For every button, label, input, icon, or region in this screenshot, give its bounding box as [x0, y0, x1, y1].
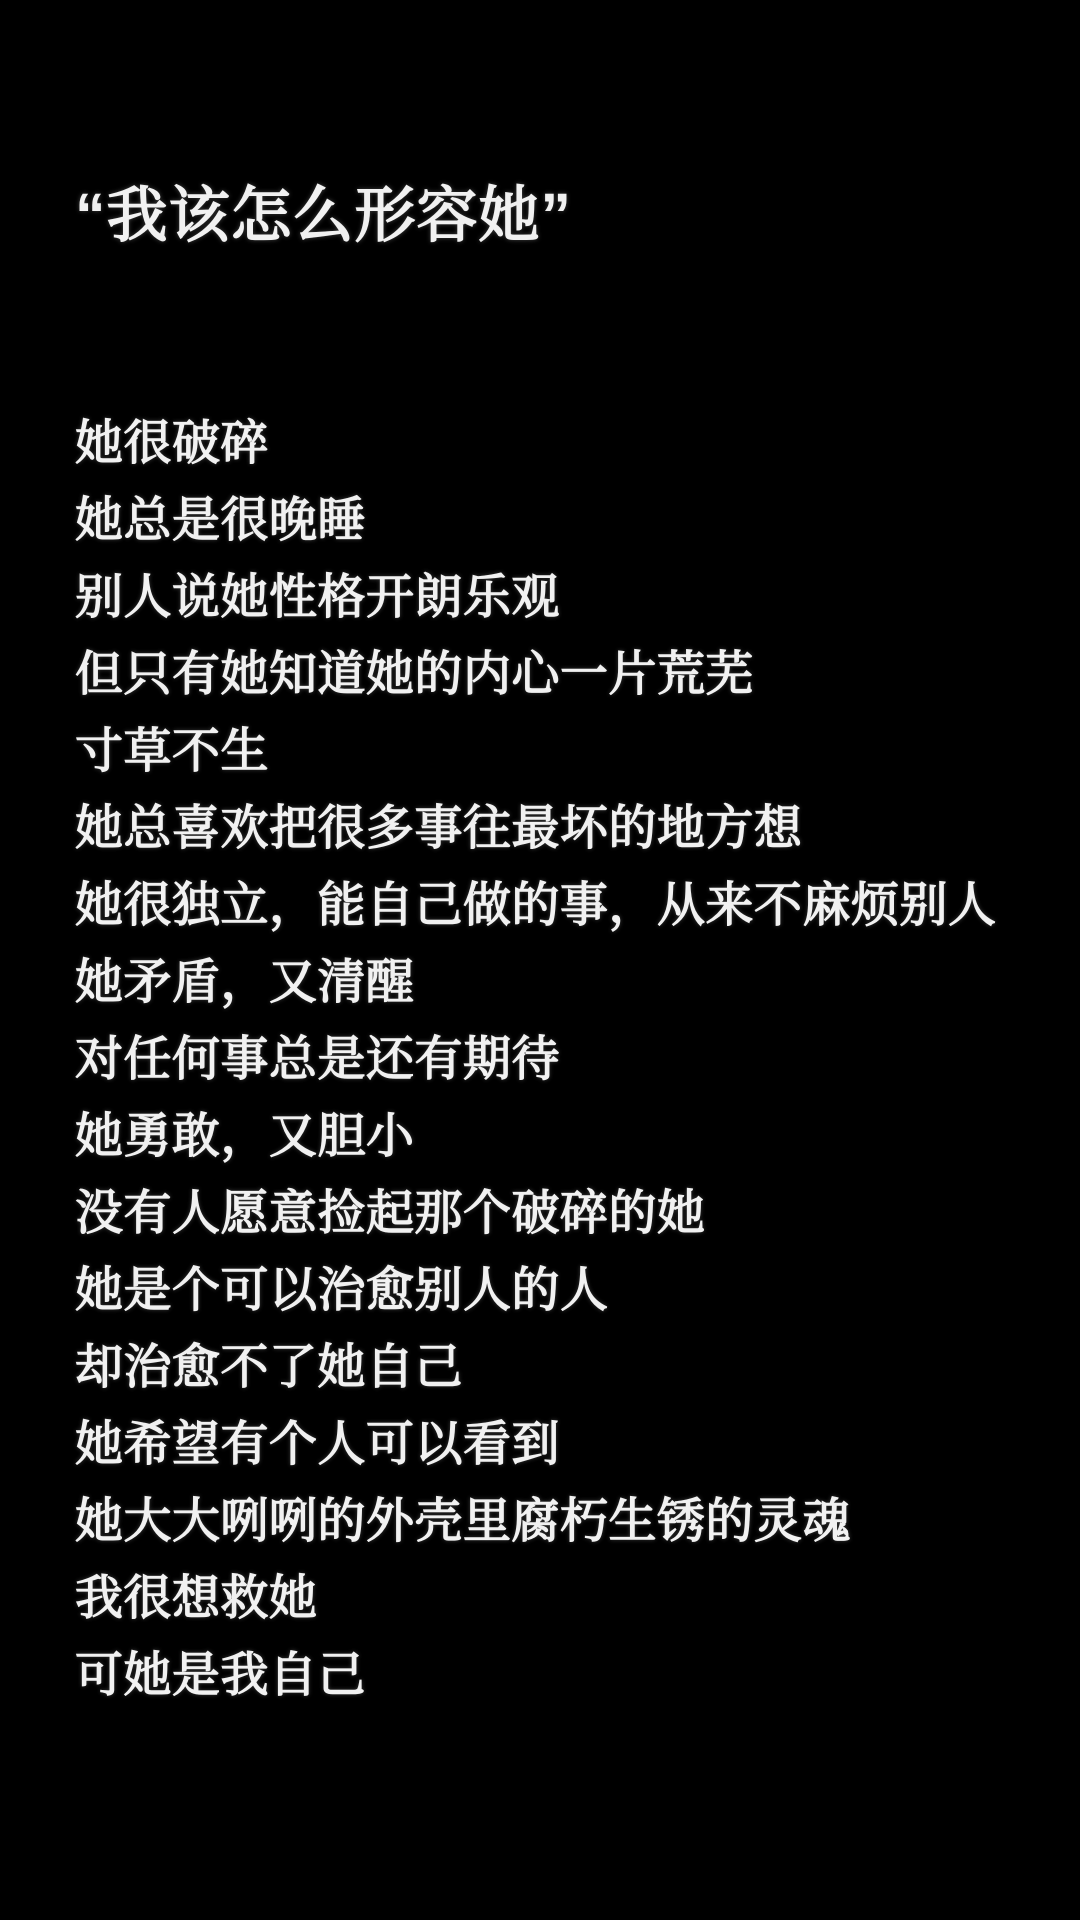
poem-line: 她很独立，能自己做的事，从来不麻烦别人: [75, 867, 1010, 944]
poem-line: 她希望有个人可以看到: [75, 1406, 1010, 1483]
poem-line: 但只有她知道她的内心一片荒芜: [75, 636, 1010, 713]
poem-line: 她矛盾，又清醒: [75, 944, 1010, 1021]
poem-title: “我该怎么形容她”: [75, 0, 1010, 249]
poem-line: 她总喜欢把很多事往最坏的地方想: [75, 790, 1010, 867]
poem-body: 她很破碎她总是很晚睡别人说她性格开朗乐观但只有她知道她的内心一片荒芜寸草不生她总…: [75, 405, 1010, 1714]
poem-line: 别人说她性格开朗乐观: [75, 559, 1010, 636]
poem-page: “我该怎么形容她” 她很破碎她总是很晚睡别人说她性格开朗乐观但只有她知道她的内心…: [0, 0, 1080, 1920]
poem-line: 没有人愿意捡起那个破碎的她: [75, 1175, 1010, 1252]
poem-line: 她勇敢，又胆小: [75, 1098, 1010, 1175]
poem-line: 寸草不生: [75, 713, 1010, 790]
poem-line: 她大大咧咧的外壳里腐朽生锈的灵魂: [75, 1483, 1010, 1560]
poem-line: 她是个可以治愈别人的人: [75, 1252, 1010, 1329]
poem-line: 可她是我自己: [75, 1637, 1010, 1714]
poem-line: 她很破碎: [75, 405, 1010, 482]
poem-line: 对任何事总是还有期待: [75, 1021, 1010, 1098]
poem-line: 她总是很晚睡: [75, 482, 1010, 559]
poem-line: 我很想救她: [75, 1560, 1010, 1637]
poem-line: 却治愈不了她自己: [75, 1329, 1010, 1406]
